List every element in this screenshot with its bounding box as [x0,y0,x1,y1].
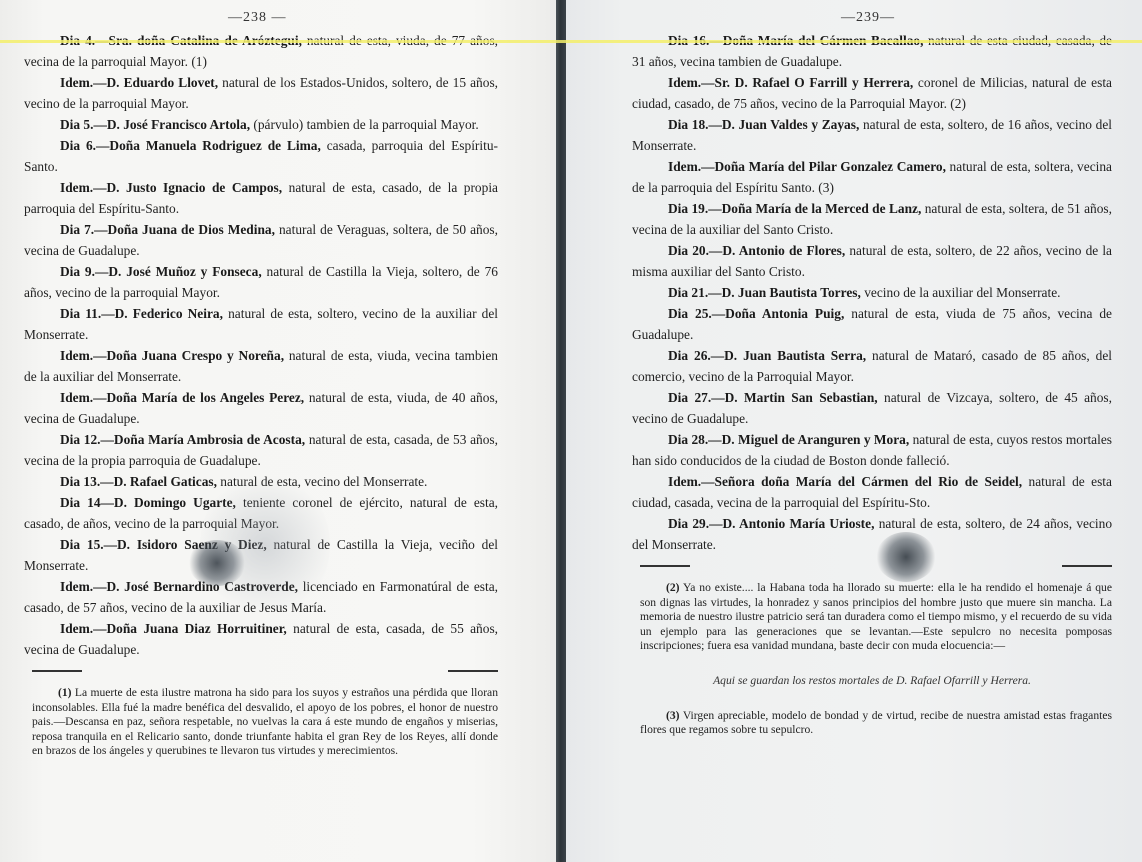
death-entry: Idem.—D. Eduardo Llovet, natural de los … [24,72,498,114]
death-entry: Dia 11.—D. Federico Neira, natural de es… [24,303,498,345]
entry-lead: Idem.—D. Eduardo Llovet, [60,75,218,90]
entry-lead: Dia 9.—D. José Muñoz y Fonseca, [60,264,262,279]
entry-lead: Dia 13.—D. Rafael Gaticas, [60,474,217,489]
page-number: —238 — [228,10,287,26]
death-entry: Idem.—Doña Juana Crespo y Noreña, natura… [24,345,498,387]
death-entry: Dia 7.—Doña Juana de Dios Medina, natura… [24,219,498,261]
entry-lead: Idem.—Sr. D. Rafael O Farrill y Herrera, [668,75,913,90]
book-gutter [556,0,566,862]
rule-line [32,670,82,672]
entry-lead: Dia 28.—D. Miguel de Aranguren y Mora, [668,432,909,447]
death-entry: Dia 4.—Sra. doña Catalina de Aróztegui, … [24,30,498,72]
entry-lead: Dia 7.—Doña Juana de Dios Medina, [60,222,275,237]
death-entry: Idem.—Doña Juana Diaz Horruitiner, natur… [24,618,498,660]
death-entry: Dia 29.—D. Antonio María Urioste, natura… [632,513,1112,555]
footnote-mark: (1) [58,686,72,699]
entry-lead: Dia 5.—D. José Francisco Artola, [60,117,250,132]
death-entry: Dia 18.—D. Juan Valdes y Zayas, natural … [632,114,1112,156]
page-number: —239— [841,10,895,26]
footnote-text: Virgen apreciable, modelo de bondad y de… [640,709,1112,737]
left-page: —238 — Dia 4.—Sra. doña Catalina de Aróz… [0,0,556,862]
page-body: Dia 4.—Sra. doña Catalina de Aróztegui, … [24,30,498,759]
death-entry: Dia 28.—D. Miguel de Aranguren y Mora, n… [632,429,1112,471]
death-entry: Dia 9.—D. José Muñoz y Fonseca, natural … [24,261,498,303]
entry-lead: Dia 12.—Doña María Ambrosia de Acosta, [60,432,305,447]
entry-lead: Idem.—Doña María del Pilar Gonzalez Came… [668,159,946,174]
page-body: Dia 16.—Doña María del Cármen Bacallao, … [632,30,1112,738]
footnote-mark: (2) [666,581,680,594]
entry-lead: Idem.—Doña Juana Crespo y Noreña, [60,348,284,363]
entry-text: vecino de la auxiliar del Monserrate. [861,285,1061,300]
epitaph: Aqui se guardan los restos mortales de D… [632,670,1112,691]
footnote-text: La muerte de esta ilustre matrona ha sid… [32,686,498,757]
entry-lead: Dia 26.—D. Juan Bautista Serra, [668,348,866,363]
footnote: (2) Ya no existe.... la Habana toda ha l… [640,581,1112,654]
rule-line [448,670,498,672]
entry-lead: Dia 11.—D. Federico Neira, [60,306,223,321]
death-entry: Dia 6.—Doña Manuela Rodriguez de Lima, c… [24,135,498,177]
entry-lead: Dia 21.—D. Juan Bautista Torres, [668,285,861,300]
death-entry: Idem.—D. Justo Ignacio de Campos, natura… [24,177,498,219]
death-entry: Idem.—Señora doña María del Cármen del R… [632,471,1112,513]
rule-line [1062,565,1112,567]
entry-lead: Dia 27.—D. Martin San Sebastian, [668,390,878,405]
footnote-mark: (3) [666,709,680,722]
death-entry: Dia 27.—D. Martin San Sebastian, natural… [632,387,1112,429]
entry-lead: Idem.—Doña Juana Diaz Horruitiner, [60,621,287,636]
death-entry: Dia 12.—Doña María Ambrosia de Acosta, n… [24,429,498,471]
death-entry: Idem.—Sr. D. Rafael O Farrill y Herrera,… [632,72,1112,114]
entry-lead: Idem.—Doña María de los Angeles Perez, [60,390,304,405]
death-entry: Idem.—Doña María del Pilar Gonzalez Came… [632,156,1112,198]
death-entry: Dia 19.—Doña María de la Merced de Lanz,… [632,198,1112,240]
highlight-line [0,40,1142,43]
death-entry: Dia 21.—D. Juan Bautista Torres, vecino … [632,282,1112,303]
footnote-separator [632,561,1112,575]
entry-text: (párvulo) tambien de la parroquial Mayor… [250,117,479,132]
death-entry: Dia 16.—Doña María del Cármen Bacallao, … [632,30,1112,72]
entry-lead: Dia 25.—Doña Antonia Puig, [668,306,844,321]
death-entry: Dia 26.—D. Juan Bautista Serra, natural … [632,345,1112,387]
faint-stain [200,470,330,620]
entry-lead: Dia 20.—D. Antonio de Flores, [668,243,845,258]
entry-lead: Dia 19.—Doña María de la Merced de Lanz, [668,201,921,216]
entry-lead: Idem.—D. Justo Ignacio de Campos, [60,180,282,195]
death-entry: Idem.—Doña María de los Angeles Perez, n… [24,387,498,429]
death-entry: Dia 25.—Doña Antonia Puig, natural de es… [632,303,1112,345]
ink-stain [876,532,936,582]
entry-lead: Dia 18.—D. Juan Valdes y Zayas, [668,117,859,132]
footnote: (1) La muerte de esta ilustre matrona ha… [32,686,498,759]
death-entry: Dia 5.—D. José Francisco Artola, (párvul… [24,114,498,135]
entry-lead: Dia 6.—Doña Manuela Rodriguez de Lima, [60,138,321,153]
death-entry: Dia 20.—D. Antonio de Flores, natural de… [632,240,1112,282]
entry-lead: Dia 29.—D. Antonio María Urioste, [668,516,874,531]
footnote: (3) Virgen apreciable, modelo de bondad … [640,709,1112,738]
right-page: —239— Dia 16.—Doña María del Cármen Baca… [566,0,1142,862]
rule-line [640,565,690,567]
footnote-text: Ya no existe.... la Habana toda ha llora… [640,581,1112,652]
entry-lead: Idem.—Señora doña María del Cármen del R… [668,474,1022,489]
footnote-separator [24,666,498,680]
